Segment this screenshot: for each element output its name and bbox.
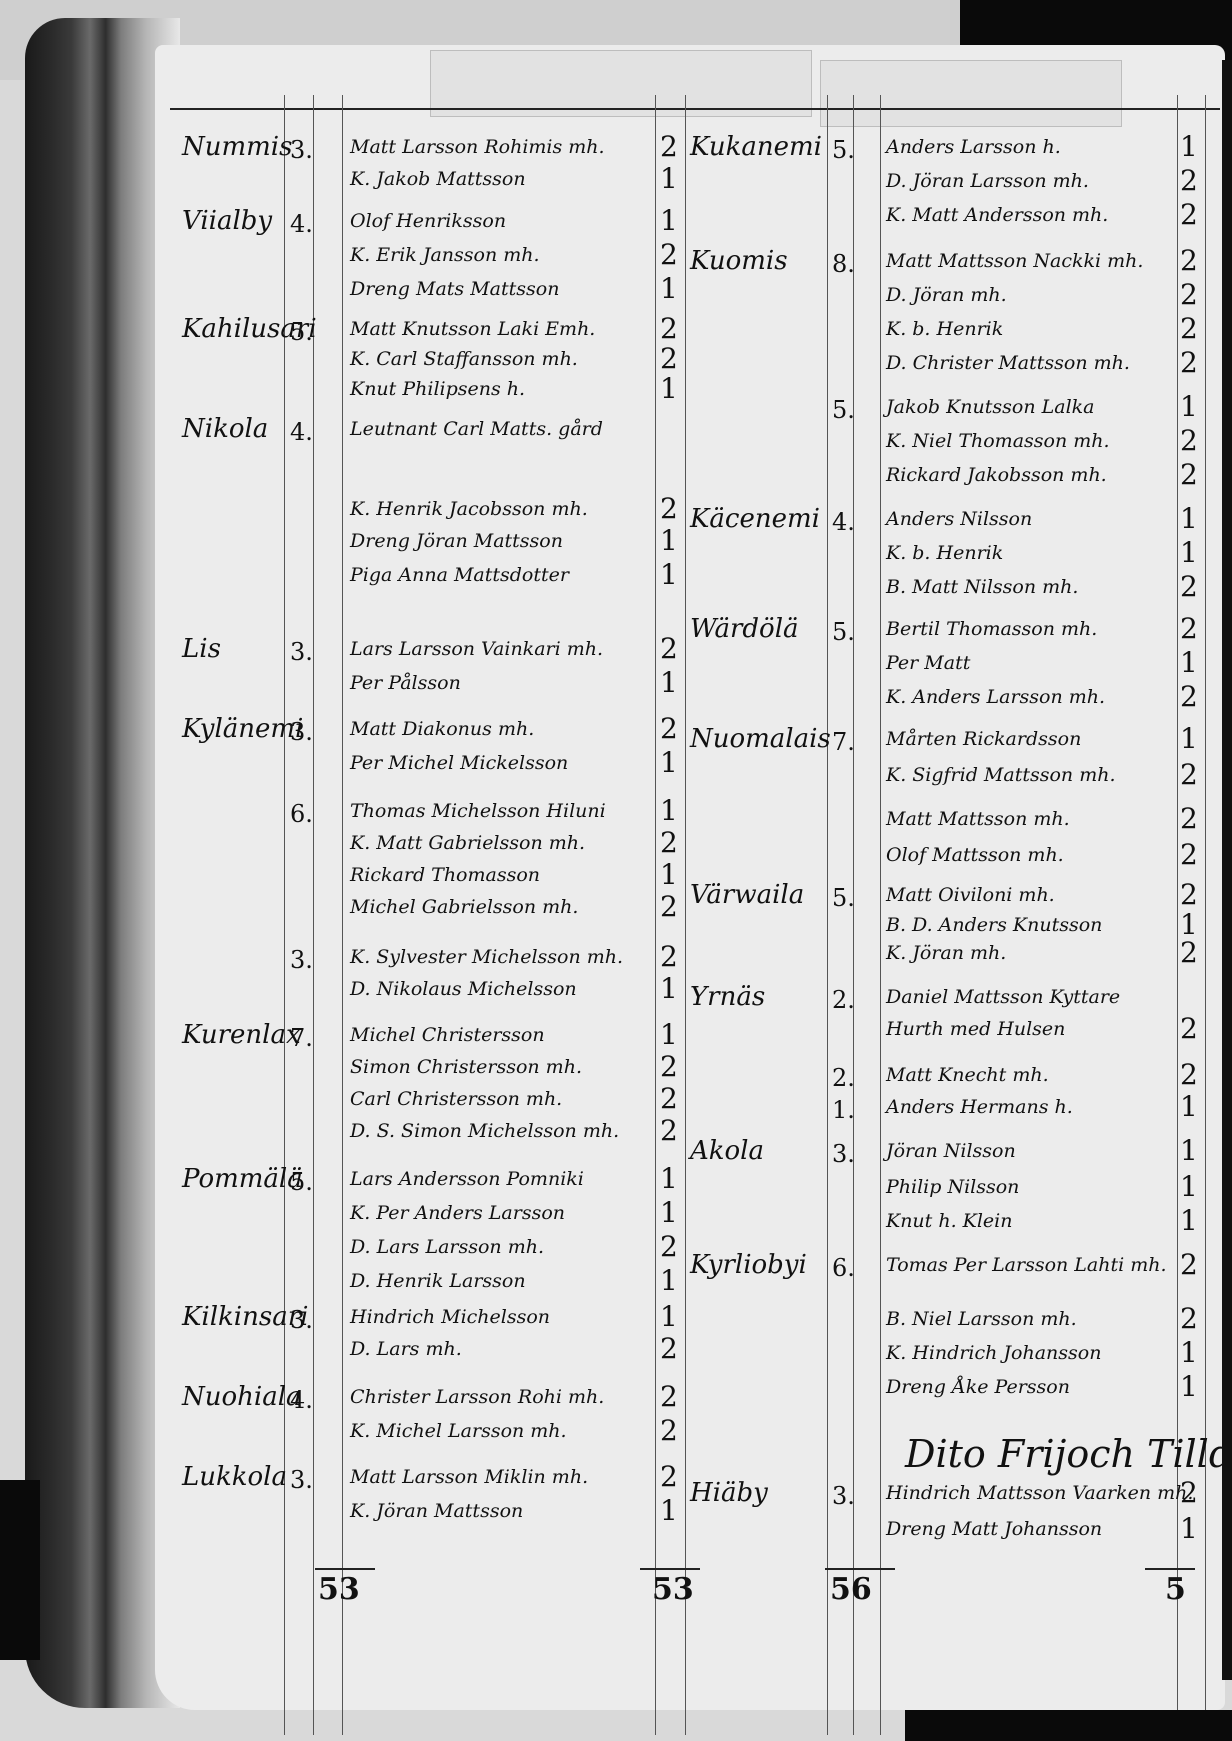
person-count: 1: [660, 1494, 678, 1527]
house-count: 5.: [832, 396, 855, 424]
person-name: K. b. Henrik: [886, 318, 1003, 340]
right-total-persons: 5: [1165, 1572, 1186, 1607]
person-count: 2: [1180, 802, 1198, 835]
person-name: Jöran Nilsson: [886, 1140, 1016, 1162]
total-rule: [1145, 1568, 1195, 1570]
column-rule: [880, 95, 881, 1735]
person-name: Hindrich Michelsson: [350, 1306, 550, 1328]
house-count: 6.: [832, 1254, 855, 1282]
person-name: Lars Andersson Pomniki: [350, 1168, 584, 1190]
village-name: Akola: [690, 1136, 764, 1166]
person-count: 2: [1180, 1302, 1198, 1335]
person-name: Per Michel Mickelsson: [350, 752, 568, 774]
top-rule: [170, 108, 1220, 110]
person-count: 1: [1180, 536, 1198, 569]
total-rule: [825, 1568, 895, 1570]
person-count: 1: [1180, 1204, 1198, 1237]
person-name: Matt Oiviloni mh.: [886, 884, 1055, 906]
village-name: Kurenlax: [182, 1020, 301, 1050]
person-name: Thomas Michelsson Hiluni: [350, 800, 606, 822]
person-count: 1: [660, 1264, 678, 1297]
person-name: Matt Mattsson mh.: [886, 808, 1070, 830]
person-count: 1: [660, 162, 678, 195]
person-name: K. Michel Larsson mh.: [350, 1420, 567, 1442]
person-count: 1: [660, 272, 678, 305]
person-count: 1: [1180, 1336, 1198, 1369]
person-count: 1: [660, 794, 678, 827]
person-name: Dreng Mats Mattsson: [350, 278, 559, 300]
person-name: D. Nikolaus Michelsson: [350, 978, 577, 1000]
house-count: 3.: [832, 1140, 855, 1168]
person-count: 2: [660, 1332, 678, 1365]
person-count: 2: [660, 1050, 678, 1083]
village-name: Lukkola: [182, 1462, 287, 1492]
village-name: Nuohiala: [182, 1382, 302, 1412]
person-name: K. Jöran mh.: [886, 942, 1006, 964]
person-name: Dreng Jöran Mattsson: [350, 530, 563, 552]
person-name: K. Henrik Jacobsson mh.: [350, 498, 588, 520]
person-count: 2: [1180, 1248, 1198, 1281]
person-count: 1: [660, 524, 678, 557]
person-count: 1: [660, 1162, 678, 1195]
person-name: Mårten Rickardsson: [886, 728, 1081, 750]
person-count: 1: [1180, 1512, 1198, 1545]
house-count: 5.: [290, 318, 313, 346]
person-count: 1: [660, 972, 678, 1005]
house-count: 1.: [832, 1096, 855, 1124]
person-name: K. Jakob Mattsson: [350, 168, 526, 190]
person-name: Hurth med Hulsen: [886, 1018, 1065, 1040]
total-rule: [315, 1568, 375, 1570]
house-count: 8.: [832, 250, 855, 278]
village-name: Wärdölä: [690, 614, 799, 644]
person-name: Matt Larsson Rohimis mh.: [350, 136, 605, 158]
person-count: 2: [1180, 838, 1198, 871]
person-name: Knut h. Klein: [886, 1210, 1013, 1232]
person-count: 2: [1180, 198, 1198, 231]
person-name: D. S. Simon Michelsson mh.: [350, 1120, 619, 1142]
village-name: Käcenemi: [690, 504, 820, 534]
person-count: 2: [1180, 612, 1198, 645]
house-count: 4.: [290, 1386, 313, 1414]
person-name: Hindrich Mattsson Vaarken mh.: [886, 1482, 1193, 1504]
house-count: 3.: [832, 1482, 855, 1510]
person-count: 1: [660, 204, 678, 237]
person-count: 2: [660, 312, 678, 345]
person-name: Leutnant Carl Matts. gård: [350, 418, 603, 440]
person-name: Rickard Jakobsson mh.: [886, 464, 1107, 486]
person-name: Anders Nilsson: [886, 508, 1032, 530]
person-name: B. Niel Larsson mh.: [886, 1308, 1077, 1330]
column-rule: [685, 95, 686, 1735]
village-name: Nuomalais: [690, 724, 831, 754]
person-name: Michel Gabrielsson mh.: [350, 896, 578, 918]
house-count: 7.: [832, 728, 855, 756]
person-count: 1: [660, 558, 678, 591]
person-count: 2: [660, 1230, 678, 1263]
house-count: 3.: [290, 946, 313, 974]
person-count: 2: [660, 1460, 678, 1493]
village-name: Hiäby: [690, 1478, 768, 1508]
house-count: 5.: [290, 1168, 313, 1196]
person-count: 2: [660, 1114, 678, 1147]
person-count: 1: [1180, 722, 1198, 755]
person-count: 1: [1180, 1170, 1198, 1203]
person-name: K. Sigfrid Mattsson mh.: [886, 764, 1115, 786]
person-name: K. Hindrich Johansson: [886, 1342, 1101, 1364]
person-name: D. Lars mh.: [350, 1338, 462, 1360]
person-count: 2: [1180, 758, 1198, 791]
person-name: D. Lars Larsson mh.: [350, 1236, 544, 1258]
house-count: 4.: [290, 418, 313, 446]
village-name: Lis: [182, 634, 221, 664]
person-count: 1: [660, 372, 678, 405]
total-rule: [640, 1568, 700, 1570]
village-name: Kuomis: [690, 246, 788, 276]
person-name: Olof Henriksson: [350, 210, 506, 232]
tape-strip: [430, 50, 812, 117]
house-count: 3.: [290, 1466, 313, 1494]
house-count: 7.: [290, 1024, 313, 1052]
person-name: Christer Larsson Rohi mh.: [350, 1386, 604, 1408]
person-name: Matt Knecht mh.: [886, 1064, 1049, 1086]
person-count: 2: [1180, 164, 1198, 197]
person-name: D. Jöran mh.: [886, 284, 1007, 306]
person-count: 2: [1180, 570, 1198, 603]
person-count: 2: [1180, 346, 1198, 379]
person-name: Anders Larsson h.: [886, 136, 1061, 158]
person-name: B. Matt Nilsson mh.: [886, 576, 1078, 598]
house-count: 6.: [290, 800, 313, 828]
village-name: Värwaila: [690, 880, 804, 910]
person-name: Carl Christersson mh.: [350, 1088, 562, 1110]
person-name: Matt Larsson Miklin mh.: [350, 1466, 588, 1488]
house-count: 4.: [290, 210, 313, 238]
person-name: Bertil Thomasson mh.: [886, 618, 1097, 640]
person-count: 2: [1180, 278, 1198, 311]
left-total-houses: 53: [318, 1572, 360, 1607]
house-count: 2.: [832, 1064, 855, 1092]
person-name: Per Pålsson: [350, 672, 461, 694]
person-count: 2: [660, 1414, 678, 1447]
person-count: 2: [1180, 680, 1198, 713]
house-count: 4.: [832, 508, 855, 536]
village-name: Kylänemi: [182, 714, 303, 744]
house-count: 5.: [832, 136, 855, 164]
person-name: K. Jöran Mattsson: [350, 1500, 523, 1522]
house-count: 5.: [832, 618, 855, 646]
person-name: K. Matt Gabrielsson mh.: [350, 832, 585, 854]
person-count: 1: [660, 1196, 678, 1229]
person-name: Simon Christersson mh.: [350, 1056, 582, 1078]
person-count: 2: [660, 826, 678, 859]
left-total-persons: 53: [652, 1572, 694, 1607]
person-name: K. Per Anders Larsson: [350, 1202, 565, 1224]
person-count: 1: [660, 1300, 678, 1333]
person-count: 2: [660, 940, 678, 973]
person-name: Jakob Knutsson Lalka: [886, 396, 1094, 418]
person-count: 2: [1180, 244, 1198, 277]
person-count: 2: [660, 1082, 678, 1115]
scan-dark-corner-bottom-left: [0, 1480, 40, 1660]
house-count: 3.: [290, 136, 313, 164]
scan-dark-corner-bottom-right: [905, 1710, 1232, 1741]
person-name: Knut Philipsens h.: [350, 378, 525, 400]
column-rule: [342, 95, 343, 1735]
column-rule: [1205, 95, 1206, 1735]
village-name: Nummis: [182, 132, 292, 162]
village-name: Nikola: [182, 414, 268, 444]
person-count: 1: [660, 1018, 678, 1051]
village-name: Kukanemi: [690, 132, 822, 162]
village-name: Kyrliobyi: [690, 1250, 807, 1280]
house-count: 3.: [290, 718, 313, 746]
house-count: 5.: [832, 884, 855, 912]
person-count: 1: [1180, 1370, 1198, 1403]
person-count: 2: [660, 632, 678, 665]
person-count: 2: [660, 1380, 678, 1413]
person-count: 2: [1180, 424, 1198, 457]
house-count: 2.: [832, 986, 855, 1014]
house-count: 3.: [290, 1306, 313, 1334]
person-name: Philip Nilsson: [886, 1176, 1019, 1198]
person-count: 1: [660, 746, 678, 779]
person-name: Dreng Matt Johansson: [886, 1518, 1102, 1540]
person-count: 2: [660, 342, 678, 375]
person-name: Rickard Thomasson: [350, 864, 540, 886]
person-name: Dreng Åke Persson: [886, 1376, 1070, 1398]
person-name: B. D. Anders Knutsson: [886, 914, 1102, 936]
person-name: K. b. Henrik: [886, 542, 1003, 564]
person-name: D. Henrik Larsson: [350, 1270, 526, 1292]
person-name: Anders Hermans h.: [886, 1096, 1073, 1118]
village-name: Pommälä: [182, 1164, 303, 1194]
person-name: K. Carl Staffansson mh.: [350, 348, 578, 370]
person-count: 2: [1180, 936, 1198, 969]
person-name: Matt Diakonus mh.: [350, 718, 534, 740]
person-name: K. Matt Andersson mh.: [886, 204, 1108, 226]
person-name: Tomas Per Larsson Lahti mh.: [886, 1254, 1167, 1276]
person-name: Lars Larsson Vainkari mh.: [350, 638, 603, 660]
person-name: K. Sylvester Michelsson mh.: [350, 946, 623, 968]
person-count: 2: [1180, 1476, 1198, 1509]
scan-dark-edge-right: [1222, 60, 1232, 1680]
person-name: K. Anders Larsson mh.: [886, 686, 1105, 708]
person-count: 1: [1180, 130, 1198, 163]
person-name: K. Erik Jansson mh.: [350, 244, 540, 266]
person-name: Olof Mattsson mh.: [886, 844, 1064, 866]
column-rule: [827, 95, 828, 1735]
person-name: Matt Knutsson Laki Emh.: [350, 318, 595, 340]
person-name: Matt Mattsson Nackki mh.: [886, 250, 1143, 272]
person-count: 1: [1180, 502, 1198, 535]
person-name: Per Matt: [886, 652, 970, 674]
person-count: 1: [660, 666, 678, 699]
section-heading: Dito Frijoch Tilldelt: [905, 1432, 1232, 1476]
person-count: 1: [660, 858, 678, 891]
person-count: 2: [660, 238, 678, 271]
house-count: 3.: [290, 638, 313, 666]
person-name: Michel Christersson: [350, 1024, 545, 1046]
person-count: 2: [660, 890, 678, 923]
column-rule: [655, 95, 656, 1735]
person-name: Daniel Mattsson Kyttare: [886, 986, 1120, 1008]
person-count: 2: [660, 712, 678, 745]
person-count: 2: [660, 492, 678, 525]
person-count: 2: [1180, 1058, 1198, 1091]
right-total-houses: 56: [830, 1572, 872, 1607]
person-count: 1: [1180, 390, 1198, 423]
person-count: 2: [1180, 878, 1198, 911]
person-count: 2: [660, 130, 678, 163]
person-name: D. Jöran Larsson mh.: [886, 170, 1089, 192]
village-name: Viialby: [182, 206, 272, 236]
village-name: Yrnäs: [690, 982, 765, 1012]
person-count: 2: [1180, 1012, 1198, 1045]
person-count: 1: [1180, 646, 1198, 679]
person-name: K. Niel Thomasson mh.: [886, 430, 1110, 452]
tape-strip: [820, 60, 1122, 127]
person-count: 1: [1180, 1090, 1198, 1123]
person-count: 2: [1180, 312, 1198, 345]
person-count: 2: [1180, 458, 1198, 491]
person-name: D. Christer Mattsson mh.: [886, 352, 1130, 374]
person-name: Piga Anna Mattsdotter: [350, 564, 569, 586]
person-count: 1: [1180, 1134, 1198, 1167]
